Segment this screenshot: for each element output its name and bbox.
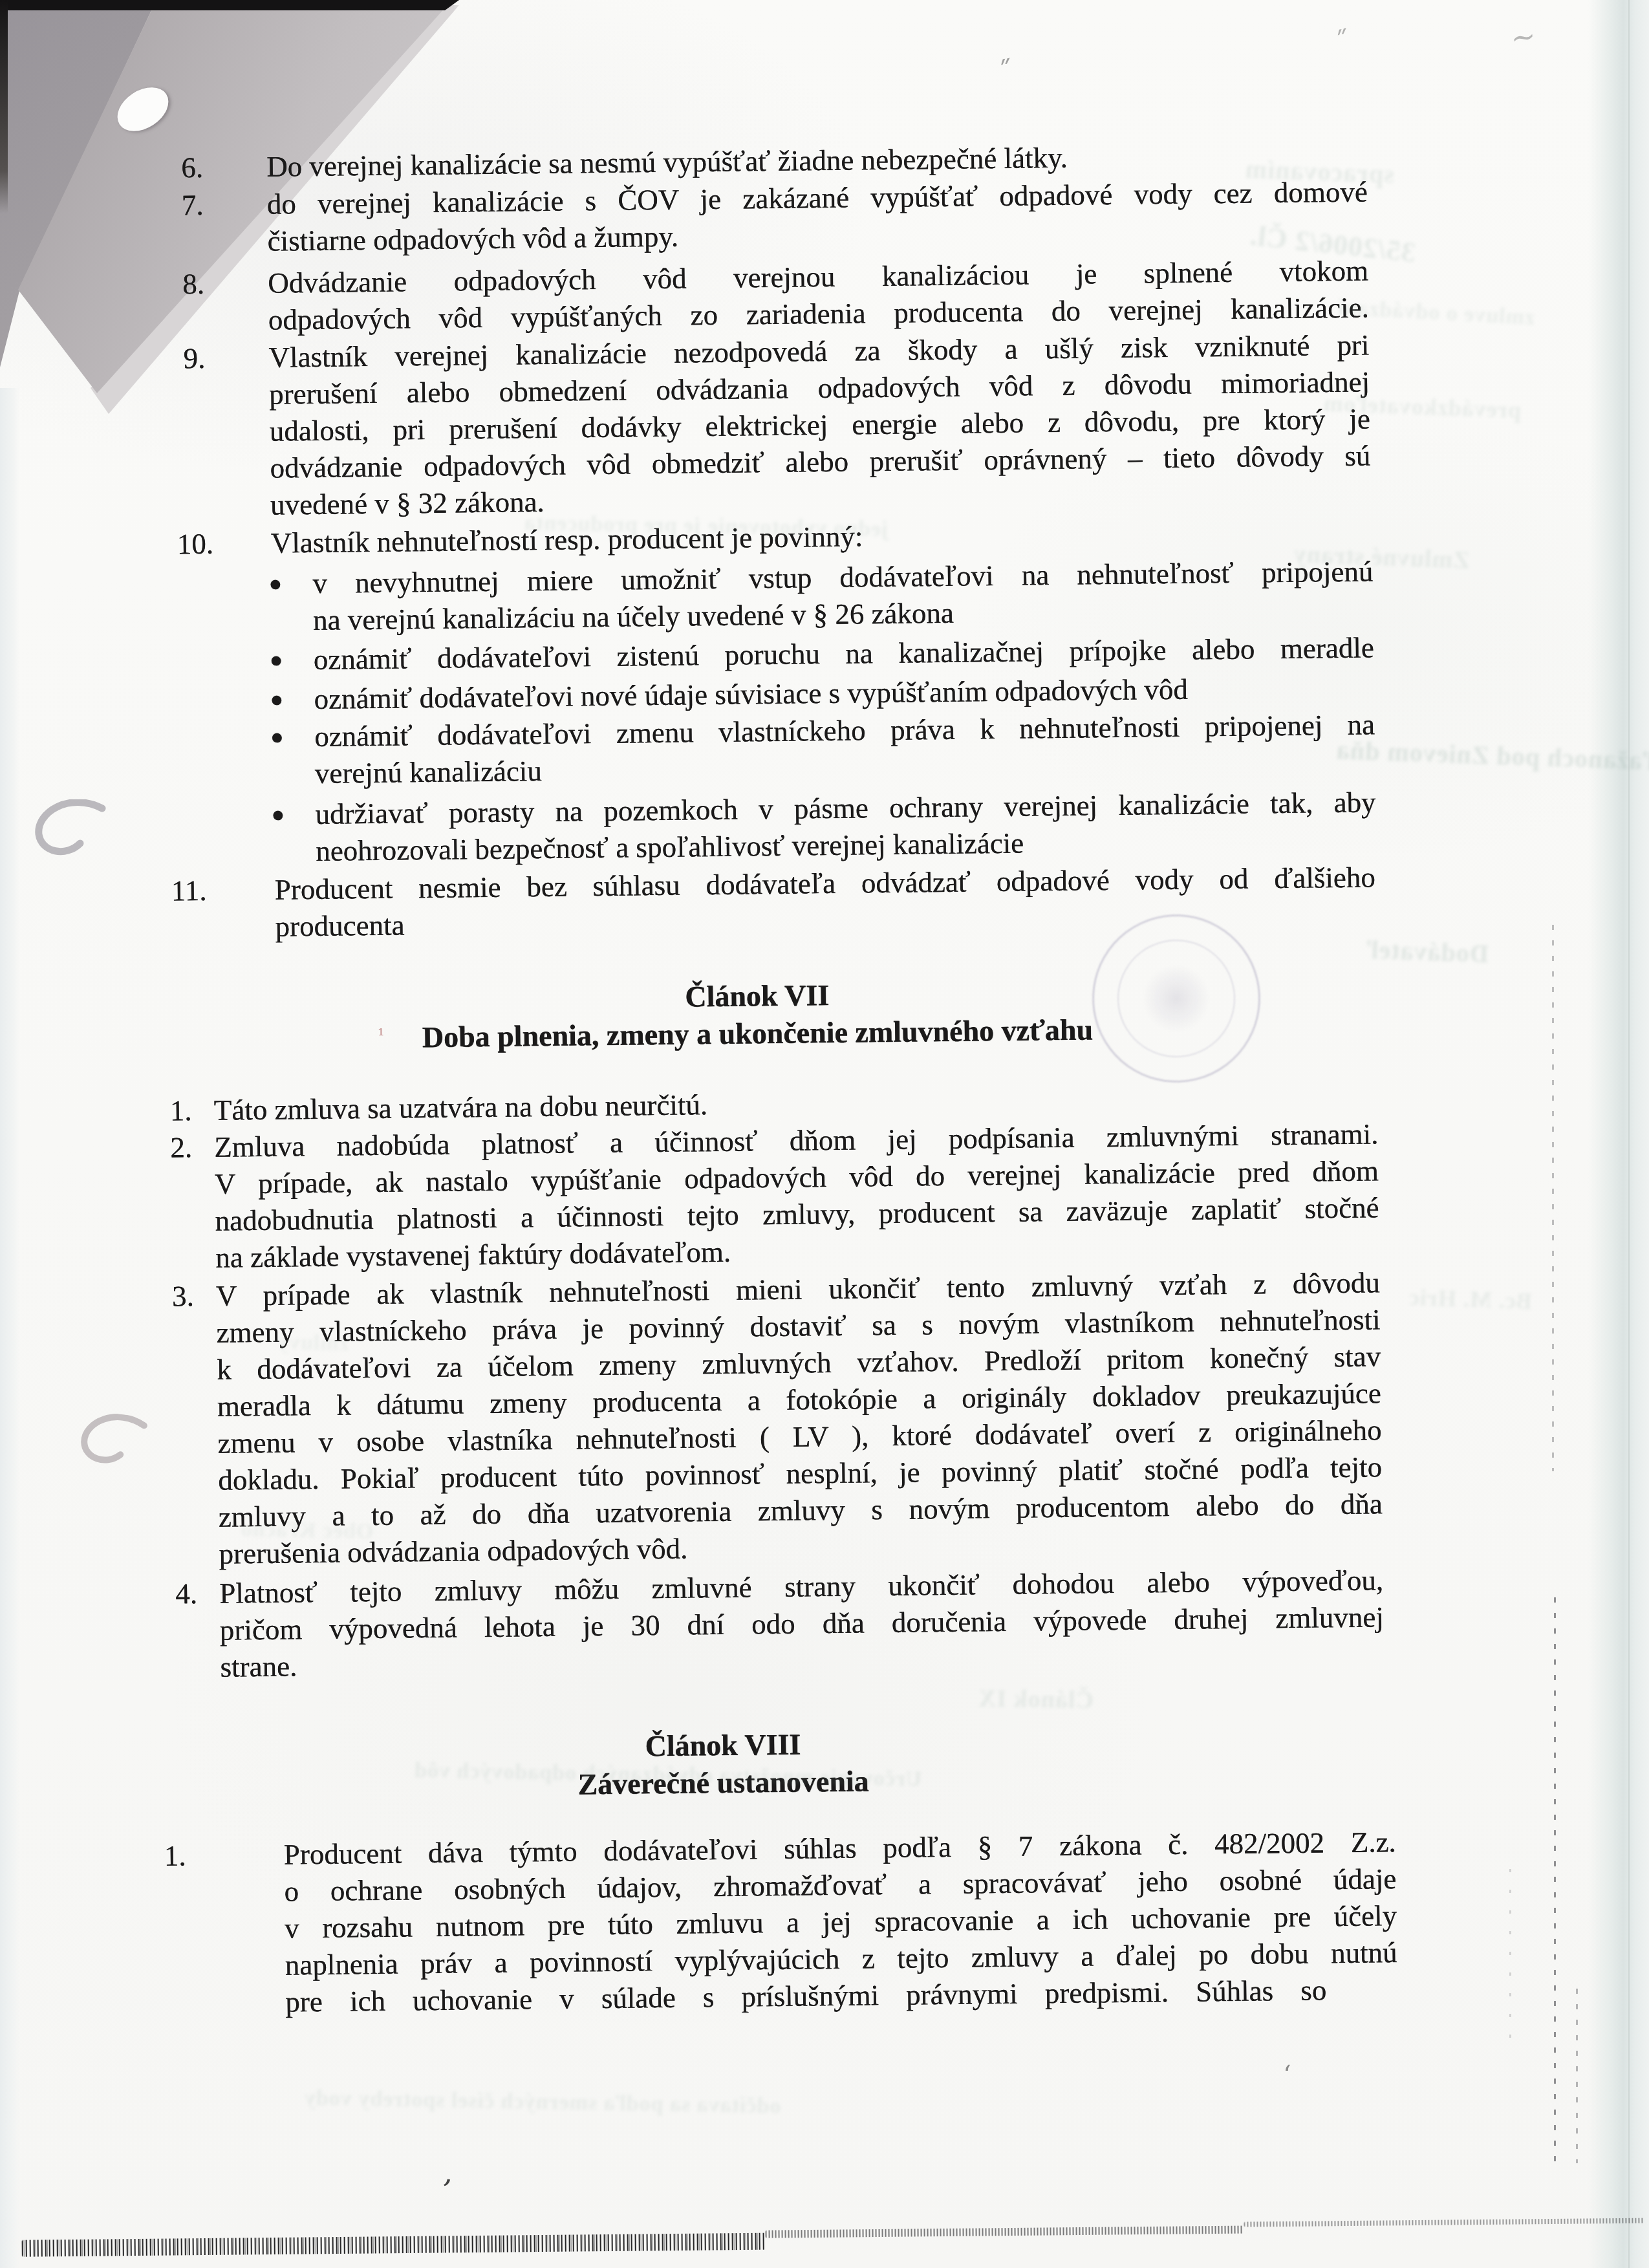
- ghost-text: Dodávateľ: [1365, 934, 1489, 969]
- bullet-icon: ●: [270, 642, 283, 679]
- item-number: 1.: [169, 1092, 191, 1129]
- item-lines: udržiavať porasty na pozemkoch v pásme o…: [315, 784, 1376, 870]
- item-number: 3.: [172, 1278, 194, 1315]
- item-lines: v nevyhnutnej miere umožniť vstup dodáva…: [312, 553, 1374, 639]
- item-number: 2.: [170, 1129, 192, 1166]
- item-lines: oznámiť dodávateľovi zmenu vlastníckeho …: [314, 706, 1375, 792]
- item-number: 9.: [183, 340, 205, 377]
- bullet-icon: ●: [271, 797, 285, 834]
- item-number: 4.: [175, 1575, 197, 1612]
- bullet-icon: ●: [268, 566, 282, 603]
- scanned-contract-page: 6.Do verejnej kanalizácie sa nesmú vypúš…: [0, 0, 1649, 2268]
- stray-mark: ~: [1508, 18, 1538, 56]
- item-lines: Vlastník verejnej kanalizácie nezodpoved…: [268, 327, 1371, 523]
- stray-mark: ʻ: [1283, 2060, 1291, 2090]
- stray-mark: ¹: [378, 1026, 384, 1045]
- article-heading: Článok VIIDoba plnenia, zmeny a ukončeni…: [240, 971, 1275, 1058]
- ghost-text: Bc. M. Hric: [1408, 1284, 1532, 1315]
- item-lines: Producent nesmie bez súhlasu dodávateľa …: [275, 859, 1376, 945]
- item-number: 7.: [182, 187, 204, 224]
- ghost-text: Obec Kľačno: [241, 1517, 374, 1544]
- item-lines: Platnosť tejto zmluvy môžu zmluvné stran…: [219, 1562, 1385, 1685]
- bullet-icon: ●: [270, 682, 283, 718]
- item-lines: Odvádzanie odpadových vôd verejnou kanal…: [268, 252, 1369, 338]
- item-lines: do verejnej kanalizácie s ČOV je zakázan…: [267, 173, 1368, 259]
- document-text-layer: 6.Do verejnej kanalizácie sa nesmú vypúš…: [0, 0, 1649, 2268]
- item-number: 8.: [182, 266, 204, 303]
- item-lines: Zmluva nadobúda platnosť a účinnosť dňom…: [214, 1116, 1379, 1276]
- item-number: 6.: [181, 149, 203, 186]
- item-number: 11.: [171, 872, 207, 910]
- bullet-icon: ●: [270, 719, 284, 756]
- item-number: 1.: [164, 1837, 186, 1874]
- item-number: 10.: [177, 526, 214, 563]
- ghost-text: zmluvy: [277, 1330, 349, 1356]
- item-lines: V prípade ak vlastník nehnuteľnosti mien…: [216, 1264, 1383, 1572]
- ghost-text: spracovaním: [1244, 154, 1394, 189]
- ghost-text: Článok IX: [978, 1684, 1094, 1714]
- item-lines: Producent dáva týmto dodávateľovi súhlas…: [283, 1824, 1397, 2020]
